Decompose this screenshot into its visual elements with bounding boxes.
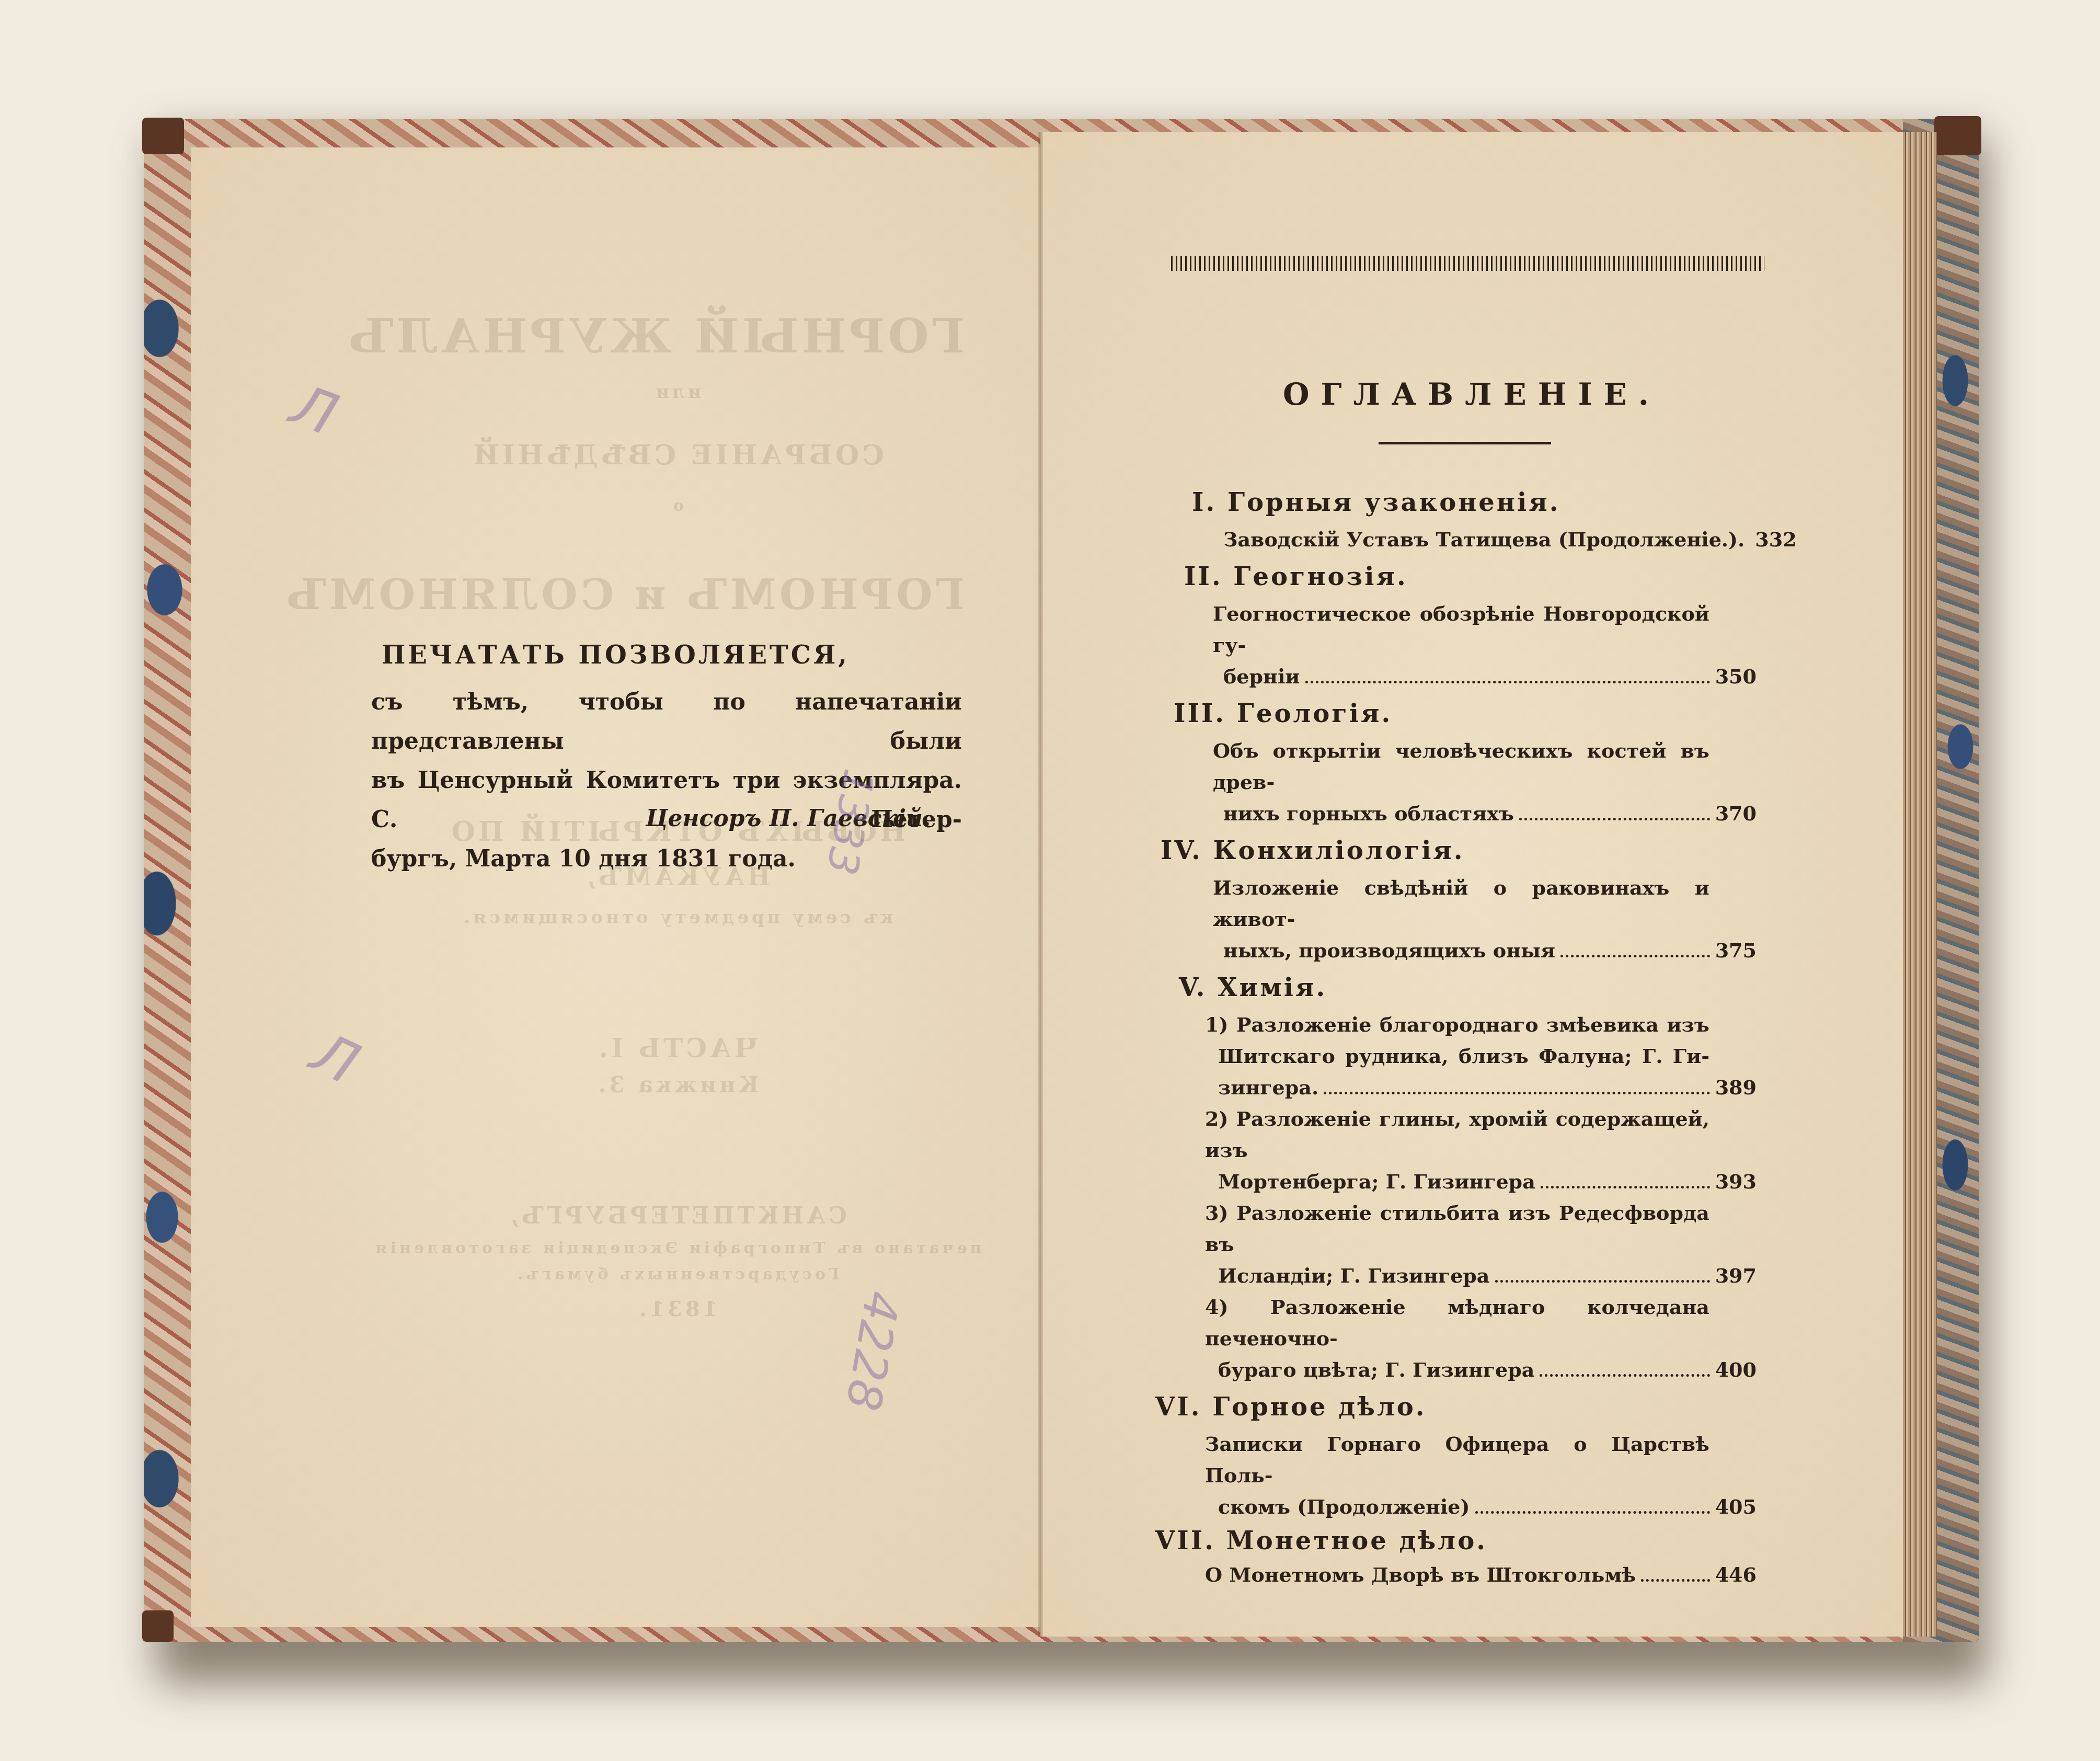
section-numeral: IV. — [1161, 836, 1202, 865]
toc-title: ОГЛАВЛЕНІЕ. — [1040, 376, 1903, 412]
ghost-line: Книжка 3. — [389, 1072, 965, 1097]
ghost-line: или — [389, 382, 965, 403]
toc-entry: 3) Разложеніе стильбита изъ Редесфворда … — [1155, 1197, 1757, 1291]
page-number: 397 — [1715, 1260, 1757, 1291]
censor-signature: Ценсоръ П. Гаевскій. — [646, 805, 931, 832]
entry-text: Исландіи; Г. Гизингера — [1218, 1260, 1490, 1291]
page-fore-edge — [1903, 132, 1937, 1637]
page-number: 400 — [1715, 1354, 1757, 1386]
leather-corner-top-right — [1934, 116, 1981, 155]
section-numeral: VI. — [1155, 1392, 1201, 1422]
section-numeral: I. — [1192, 488, 1217, 517]
entry-text: скомъ (Продолженіе) — [1218, 1491, 1470, 1523]
ornamental-rule — [1171, 256, 1764, 271]
section-numeral: VII. — [1155, 1526, 1215, 1556]
section-heading: II. Геогнозія. — [1155, 555, 1757, 598]
toc-entry: Геогностическое обозрѣніе Новгородской г… — [1155, 598, 1757, 692]
entry-text: бураго цвѣта; Г. Гизингера — [1218, 1354, 1534, 1386]
entry-text: Мортенберга; Г. Гизингера — [1218, 1166, 1535, 1197]
entry-text: зингера. — [1218, 1072, 1318, 1103]
title-rule — [1379, 442, 1551, 444]
ghost-line: Государственныхъ бумагъ. — [389, 1265, 965, 1284]
book-gutter — [1038, 132, 1043, 1637]
leather-corner-bottom-left — [142, 1610, 174, 1642]
page-number: 370 — [1715, 798, 1757, 829]
toc-entry: Записки Горнаго Офицера о Царствѣ Поль- … — [1155, 1428, 1757, 1523]
imprimatur-title: ПЕЧАТАТЬ ПОЗВОЛЯЕТСЯ, — [191, 641, 1040, 670]
toc-entry: 2) Разложеніе глины, хромій содержащей, … — [1155, 1103, 1757, 1197]
page-number: 393 — [1715, 1166, 1757, 1197]
page-number: 405 — [1715, 1491, 1757, 1523]
entry-text: О Монетномъ Дворѣ въ Штокгольмѣ — [1205, 1559, 1636, 1591]
section-heading: III. Геологія. — [1155, 692, 1757, 735]
section-heading: V. Химія. — [1155, 966, 1757, 1009]
section-title: Конхиліологія. — [1213, 836, 1465, 865]
page-number: 350 — [1715, 661, 1757, 692]
page-number: 332 — [1755, 524, 1796, 555]
toc-entry: 4) Разложеніе мѣднаго колчедана печеночн… — [1155, 1291, 1757, 1386]
toc-entry: Заводскій Уставъ Татищева (Продолженіе.)… — [1155, 524, 1757, 555]
section-title: Монетное дѣло. — [1226, 1526, 1487, 1556]
entry-text: Шитскаго рудника, близъ Фалуна; Г. Ги- — [1205, 1040, 1757, 1072]
ghost-line: ЧАСТЬ I. — [389, 1033, 965, 1064]
entry-text: Геогностическое обозрѣніе Новгородской г… — [1213, 598, 1757, 661]
entry-text: берніи — [1223, 661, 1300, 692]
section-heading: VI. Горное дѣло. — [1155, 1386, 1757, 1428]
section-heading: IV. Конхиліологія. — [1155, 829, 1757, 872]
entry-text: 3) Разложеніе стильбита изъ Редесфворда … — [1205, 1197, 1757, 1260]
imprimatur-line: съ тѣмъ, чтобы по напечатаніи представле… — [371, 682, 962, 761]
ghost-line: ГОРНОМЪ и СОЛЯНОМЪ — [389, 570, 965, 619]
section-title: Горное дѣло. — [1212, 1392, 1426, 1422]
toc-entry: 1) Разложеніе благороднаго змѣевика изъ … — [1155, 1009, 1757, 1103]
entry-text: Изложеніе свѣдѣній о раковинахъ и живот- — [1213, 872, 1757, 935]
ghost-line: САНКТПЕТЕРБУРГЪ, — [389, 1203, 965, 1229]
section-numeral: II. — [1184, 562, 1223, 591]
section-title: Горныя узаконенія. — [1227, 488, 1560, 517]
entry-text: 4) Разложеніе мѣднаго колчедана печеночн… — [1205, 1291, 1757, 1354]
entry-text: нихъ горныхъ областяхъ — [1223, 798, 1514, 829]
page-number: 446 — [1715, 1559, 1757, 1591]
page-number: 389 — [1715, 1072, 1757, 1103]
section-heading: I. Горныя узаконенія. — [1155, 481, 1757, 524]
section-numeral: III. — [1174, 699, 1226, 728]
page-number: 375 — [1715, 935, 1757, 966]
entry-text: 1) Разложеніе благороднаго змѣевика изъ — [1205, 1009, 1757, 1040]
ghost-line: къ сему предмету относящимся. — [389, 907, 965, 928]
entry-text: Объ открытіи человѣческихъ костей въ дре… — [1213, 735, 1757, 798]
entry-text: 2) Разложеніе глины, хромій содержащей, … — [1205, 1103, 1757, 1166]
toc-entry: Изложеніе свѣдѣній о раковинахъ и живот-… — [1155, 872, 1757, 966]
leather-corner-top-left — [142, 118, 184, 154]
section-title: Геологія. — [1237, 699, 1392, 728]
entry-text: Заводскій Уставъ Татищева (Продолженіе.)… — [1223, 524, 1745, 555]
section-numeral: V. — [1179, 973, 1207, 1002]
table-of-contents: I. Горныя узаконенія. Заводскій Уставъ Т… — [1155, 481, 1757, 1591]
entry-text: Записки Горнаго Офицера о Царствѣ Поль- — [1205, 1428, 1757, 1491]
ghost-line: СОБРАНІЕ СВѢДѢНІЙ — [389, 439, 965, 471]
ghost-line: ГОРНЫЙ ЖУРНАЛЪ — [389, 308, 965, 364]
imprimatur-line: бургъ, Марта 10 дня 1831 года. — [371, 839, 962, 878]
ghost-line: о — [389, 497, 965, 515]
toc-entry: О Монетномъ Дворѣ въ Штокгольмѣ446 — [1155, 1559, 1757, 1591]
entry-text: ныхъ, производящихъ оныя — [1223, 935, 1555, 966]
section-title: Химія. — [1218, 973, 1327, 1002]
toc-entry: Объ открытіи человѣческихъ костей въ дре… — [1155, 735, 1757, 829]
section-heading: VII. Монетное дѣло. — [1155, 1523, 1757, 1559]
ghost-line: печатано въ Типографіи Экспедиціи загото… — [337, 1239, 1017, 1257]
section-title: Геогнозія. — [1233, 562, 1407, 591]
